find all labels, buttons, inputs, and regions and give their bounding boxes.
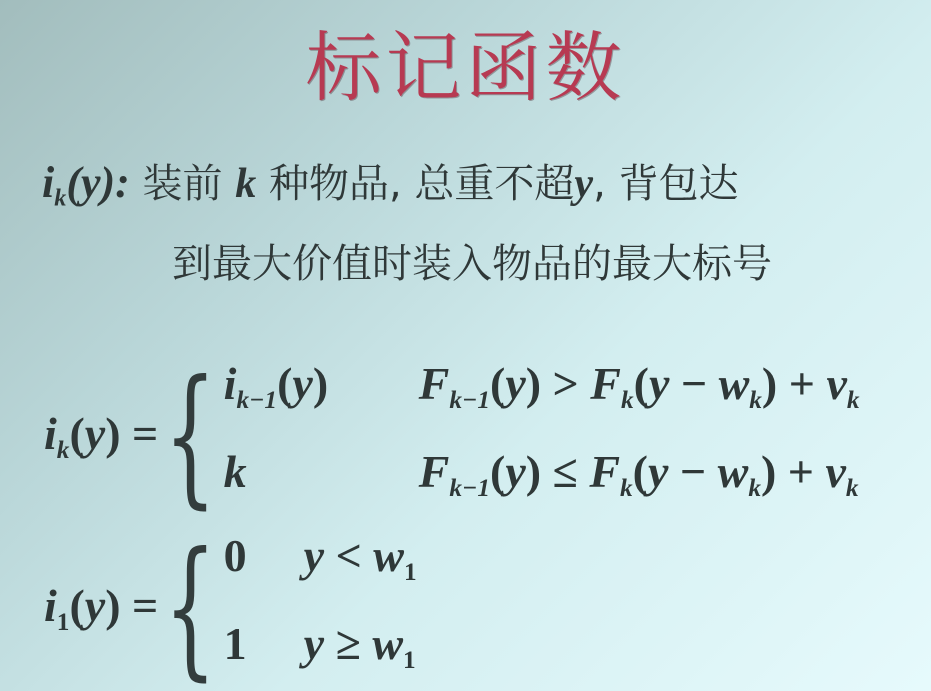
definition-text-part: 装前 [143,161,223,207]
case-value: 1 [224,612,304,691]
definition-line-1: ik(y): 装前 k 种物品, 总重不超y, 背包达 [42,150,922,231]
case-row: 1 y ≥ w1 [224,612,417,691]
case-condition: y ≥ w1 [304,612,416,691]
definition-var-k: k [235,161,256,207]
slide-title: 标记函数 [0,18,931,118]
definition-text-part: 种物品, 总重不超 [269,161,574,207]
recurrence-equation: ik(y) = { ik−1(y) Fk−1(y) > Fk(y − wk) +… [44,352,860,520]
definition-line-2: 到最大价值时装入物品的最大标号 [42,231,922,297]
case-value: k [224,440,419,520]
equation-lhs: i1(y) = [44,579,158,637]
cases: 0 y < w1 1 y ≥ w1 [224,524,417,691]
case-row: ik−1(y) Fk−1(y) > Fk(y − wk) + vk [224,352,860,432]
left-brace-icon: { [164,533,216,683]
base-case-equation: i1(y) = { 0 y < w1 1 y ≥ w1 [44,524,417,691]
equation-lhs: ik(y) = [44,407,158,465]
case-condition: y < w1 [304,524,417,604]
case-row: k Fk−1(y) ≤ Fk(y − wk) + vk [224,440,860,520]
cases: ik−1(y) Fk−1(y) > Fk(y − wk) + vk k Fk−1… [224,352,860,520]
definition-block: ik(y): 装前 k 种物品, 总重不超y, 背包达 到最大价值时装入物品的最… [42,150,922,297]
slide: 标记函数 ik(y): 装前 k 种物品, 总重不超y, 背包达 到最大价值时装… [0,0,931,691]
definition-label: ik(y): [42,158,130,207]
left-brace-icon: { [164,361,216,511]
definition-var-y: y [574,161,593,207]
case-value: ik−1(y) [224,352,419,432]
case-value: 0 [224,524,304,604]
case-condition: Fk−1(y) ≤ Fk(y − wk) + vk [419,440,859,520]
case-condition: Fk−1(y) > Fk(y − wk) + vk [419,352,860,432]
definition-text-part: , 背包达 [593,161,738,207]
case-row: 0 y < w1 [224,524,417,604]
